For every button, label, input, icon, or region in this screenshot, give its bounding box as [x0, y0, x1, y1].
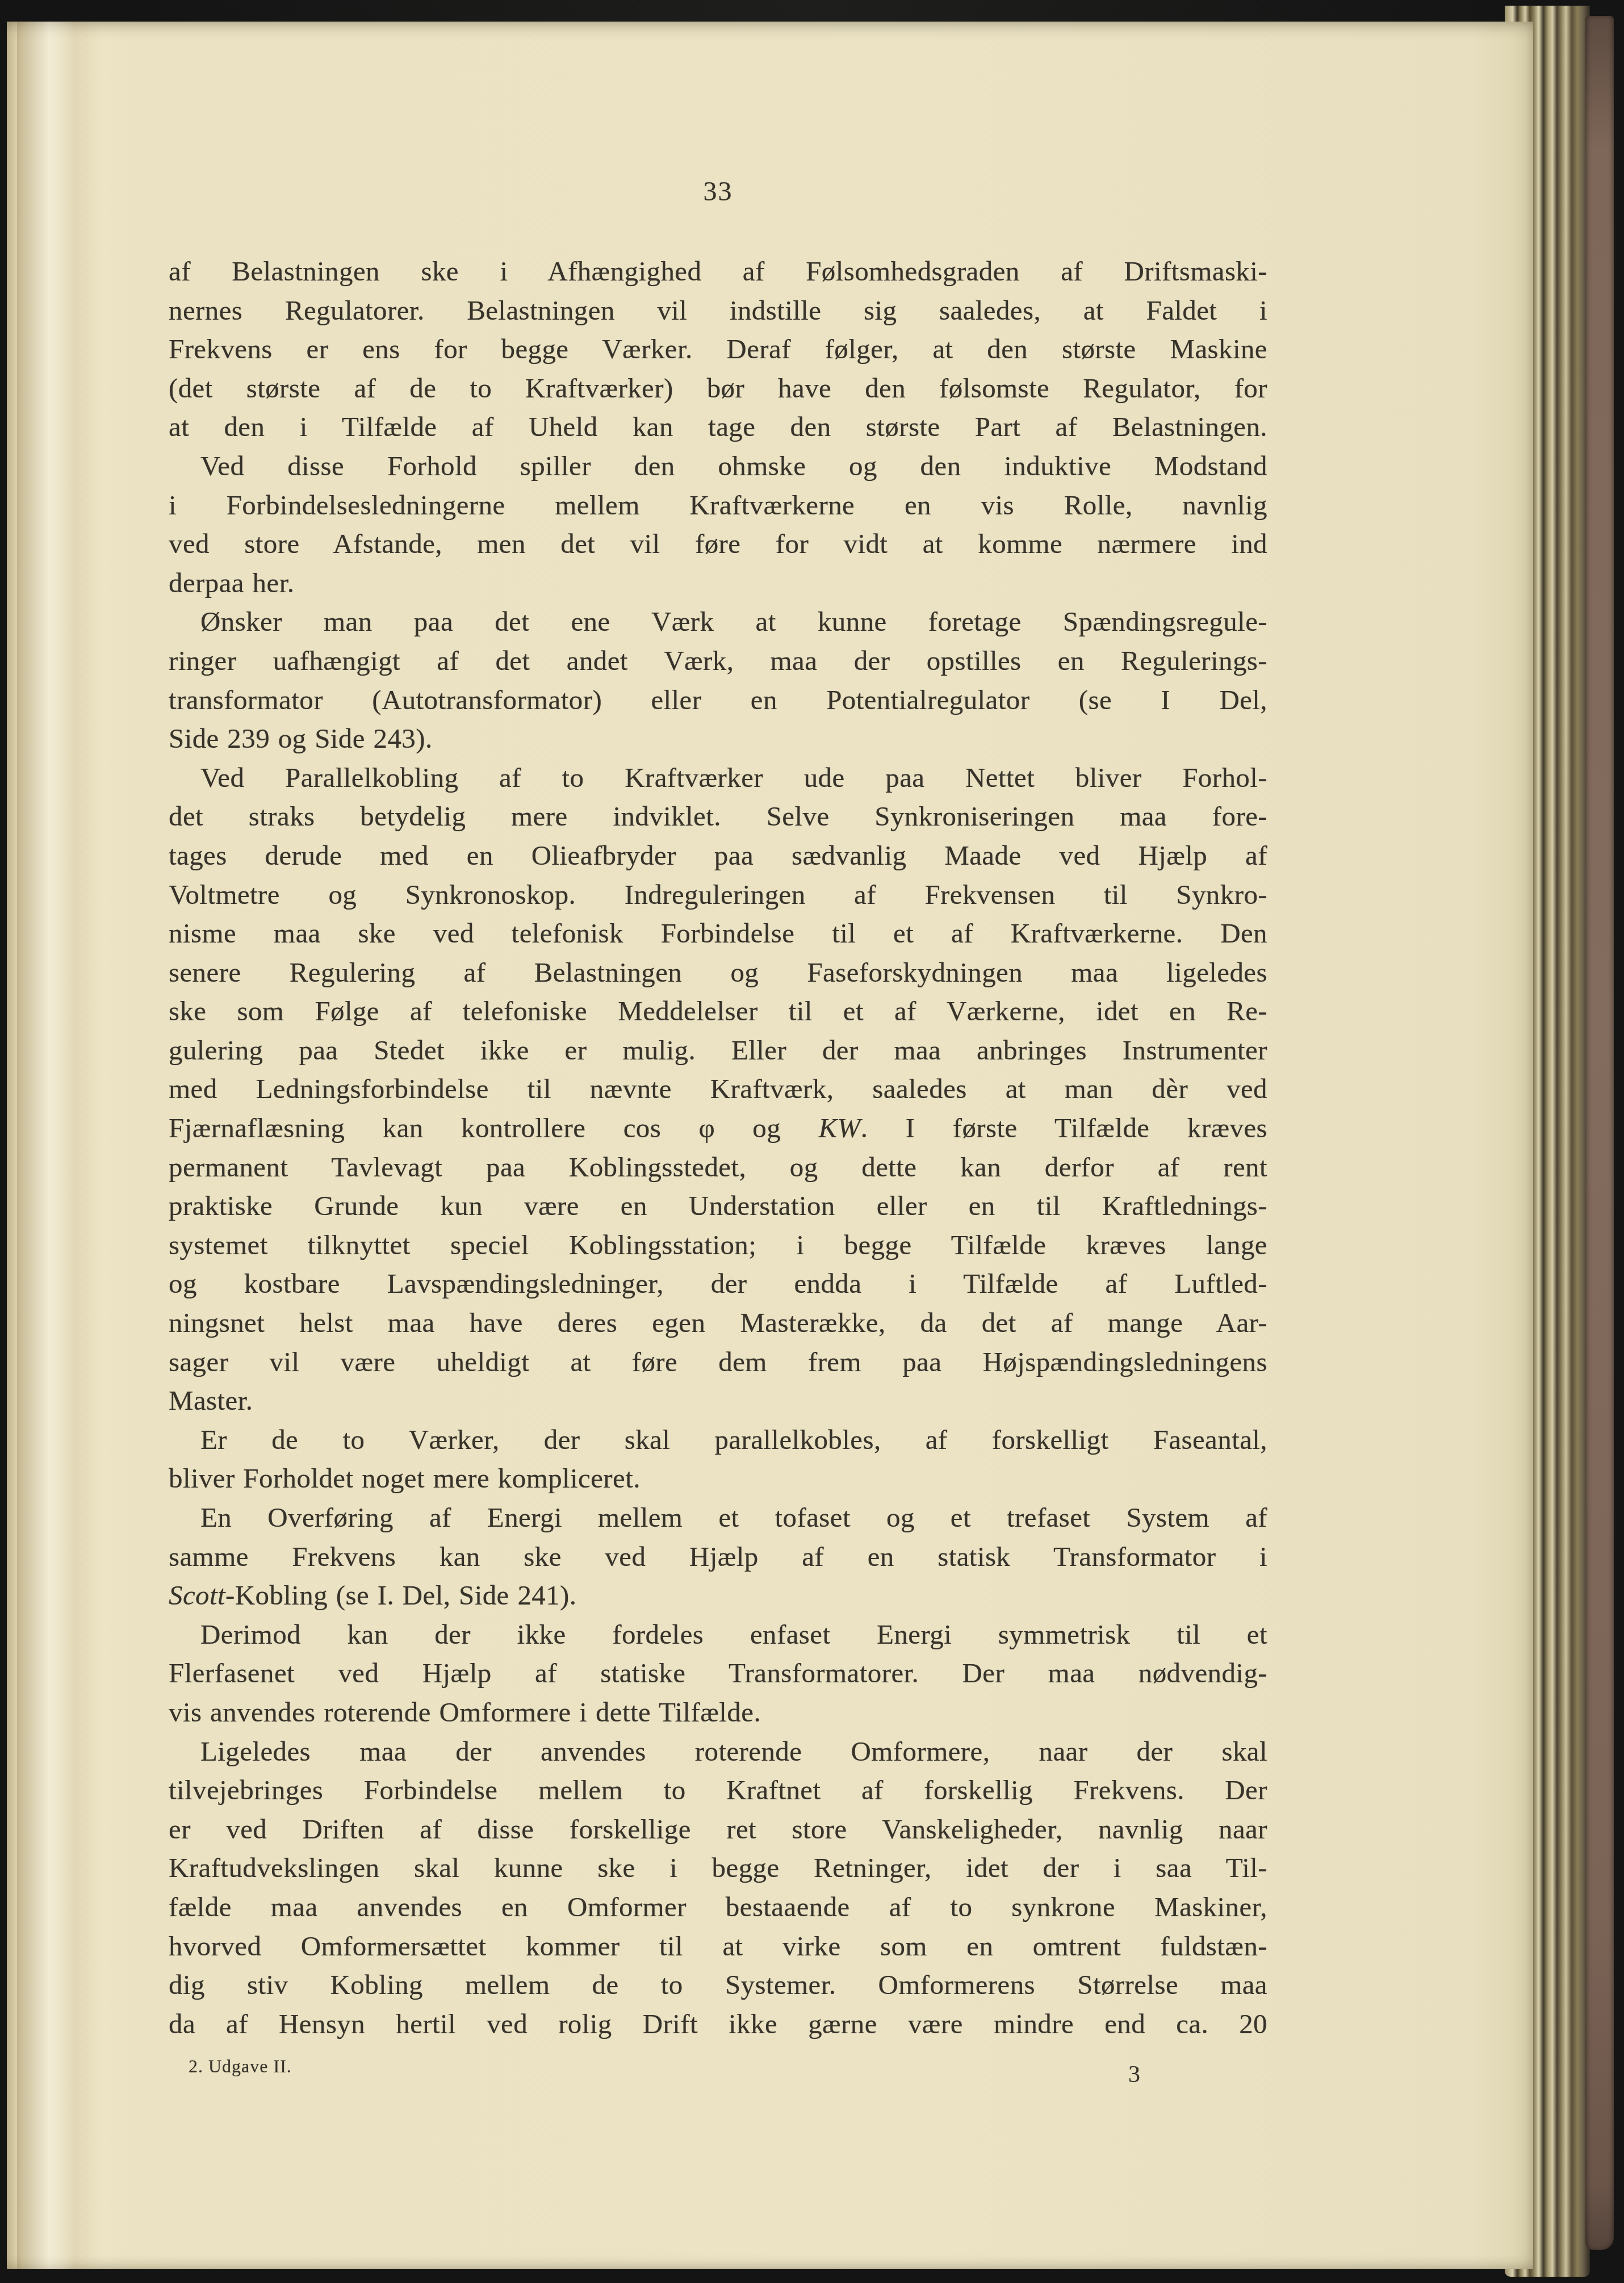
page-number: 33 [169, 176, 1267, 207]
text-line: fælde maa anvendes en Omformer bestaaend… [169, 1888, 1267, 1927]
text-line: permanent Tavlevagt paa Koblingsstedet, … [169, 1148, 1267, 1187]
body-text: af Belastningen ske i Afhængighed af Føl… [169, 252, 1267, 2043]
text-line: ved store Afstande, men det vil føre for… [169, 525, 1267, 564]
paragraph: Er de to Værker, der skal parallelkobles… [169, 1421, 1267, 1498]
text-line: tages derude med en Olieafbryder paa sæd… [169, 836, 1267, 876]
text-line: er ved Driften af disse forskellige ret … [169, 1810, 1267, 1849]
text-line: (det største af de to Kraftværker) bør h… [169, 369, 1267, 408]
text-line: ringer uafhængigt af det andet Værk, maa… [169, 642, 1267, 681]
text-line: vis anvendes roterende Omformere i dette… [169, 1693, 1267, 1732]
paragraph: Ønsker man paa det ene Værk at kunne for… [169, 602, 1267, 758]
text-line: Fjærnaflæsning kan kontrollere cos φ og … [169, 1109, 1267, 1148]
book-scan: { "page": { "number": "33", "footer": { … [0, 0, 1624, 2283]
text-line: Flerfasenet ved Hjælp af statiske Transf… [169, 1654, 1267, 1693]
text-line: det straks betydelig mere indviklet. Sel… [169, 797, 1267, 836]
text-line: transformator (Autotransformator) eller … [169, 681, 1267, 720]
text-line: ske som Følge af telefoniske Meddelelser… [169, 992, 1267, 1031]
text-line: Ligeledes maa der anvendes roterende Omf… [169, 1732, 1267, 1771]
text-line: Side 239 og Side 243). [169, 719, 1267, 759]
paper-page: 33 af Belastningen ske i Afhængighed af … [7, 22, 1533, 2269]
text-line: derpaa her. [169, 564, 1267, 603]
text-line: Voltmetre og Synkronoskop. Indregulering… [169, 876, 1267, 915]
paragraph: Ved Parallelkobling af to Kraftværker ud… [169, 759, 1267, 1421]
text-line: nisme maa ske ved telefonisk Forbindelse… [169, 914, 1267, 953]
text-line: og kostbare Lavspændingsledninger, der e… [169, 1264, 1267, 1304]
text-line: da af Hensyn hertil ved rolig Drift ikke… [169, 2005, 1267, 2044]
book-cover-edge [1585, 16, 1614, 2250]
paragraph: Derimod kan der ikke fordeles enfaset En… [169, 1615, 1267, 1732]
text-line: Kraftudvekslingen skal kunne ske i begge… [169, 1849, 1267, 1888]
text-line: hvorved Omformersættet kommer til at vir… [169, 1927, 1267, 1966]
text-line: Er de to Værker, der skal parallelkobles… [169, 1421, 1267, 1460]
text-line: senere Regulering af Belastningen og Fas… [169, 953, 1267, 992]
text-line: En Overføring af Energi mellem et tofase… [169, 1498, 1267, 1538]
text-line: sager vil være uheldigt at føre dem frem… [169, 1343, 1267, 1382]
paragraph: af Belastningen ske i Afhængighed af Føl… [169, 252, 1267, 447]
text-line: dig stiv Kobling mellem de to Systemer. … [169, 1966, 1267, 2005]
text-line: samme Frekvens kan ske ved Hjælp af en s… [169, 1538, 1267, 1577]
text-line: Ved Parallelkobling af to Kraftværker ud… [169, 759, 1267, 798]
text-line: Scott-Kobling (se I. Del, Side 241). [169, 1576, 1267, 1615]
footer-edition-note: 2. Udgave II. [189, 2056, 292, 2077]
paragraph: Ligeledes maa der anvendes roterende Omf… [169, 1732, 1267, 2044]
text-line: gulering paa Stedet ikke er mulig. Eller… [169, 1031, 1267, 1070]
text-line: Derimod kan der ikke fordeles enfaset En… [169, 1615, 1267, 1654]
text-line: ningsnet helst maa have deres egen Maste… [169, 1304, 1267, 1343]
text-line: systemet tilknyttet speciel Koblingsstat… [169, 1226, 1267, 1265]
text-line: i Forbindelsesledningerne mellem Kraftvæ… [169, 486, 1267, 525]
text-line: tilvejebringes Forbindelse mellem to Kra… [169, 1771, 1267, 1810]
text-line: af Belastningen ske i Afhængighed af Føl… [169, 252, 1267, 291]
text-line: Frekvens er ens for begge Værker. Deraf … [169, 330, 1267, 369]
text-line: Ønsker man paa det ene Værk at kunne for… [169, 602, 1267, 642]
text-line: med Ledningsforbindelse til nævnte Kraft… [169, 1070, 1267, 1109]
text-line: at den i Tilfælde af Uheld kan tage den … [169, 408, 1267, 447]
paragraph: Ved disse Forhold spiller den ohmske og … [169, 447, 1267, 602]
paragraph: En Overføring af Energi mellem et tofase… [169, 1498, 1267, 1615]
text-line: nernes Regulatorer. Belastningen vil ind… [169, 291, 1267, 330]
text-line: praktiske Grunde kun være en Understatio… [169, 1187, 1267, 1226]
text-column: 33 af Belastningen ske i Afhængighed af … [169, 22, 1267, 2269]
text-line: Ved disse Forhold spiller den ohmske og … [169, 447, 1267, 486]
footer-signature-number: 3 [1128, 2061, 1140, 2088]
text-line: bliver Forholdet noget mere kompliceret. [169, 1459, 1267, 1498]
text-line: Master. [169, 1381, 1267, 1421]
